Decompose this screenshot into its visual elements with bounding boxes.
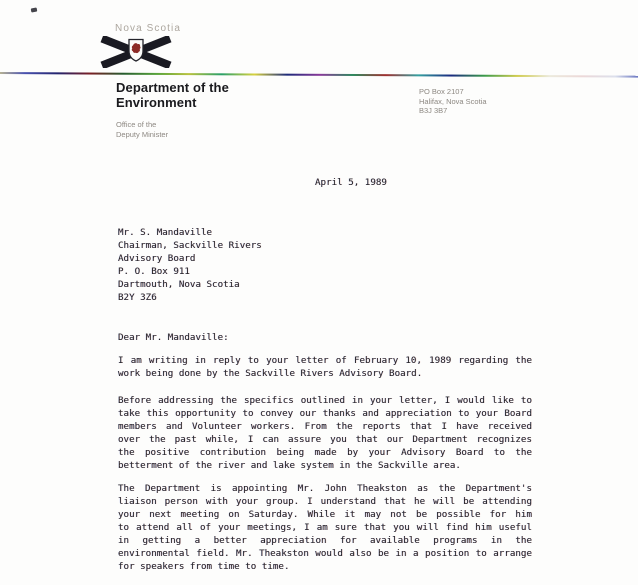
nova-scotia-flag-icon — [99, 36, 173, 68]
letter-body-line: environmental field. Mr. Theakston would… — [118, 547, 532, 560]
recipient-address-line: P. O. Box 911 — [118, 265, 262, 278]
office-subtitle: Office of the Deputy Minister — [116, 120, 168, 139]
paragraph-2: Before addressing the specifics outlined… — [118, 394, 532, 472]
letter-body-line: work being done by the Sackville Rivers … — [118, 367, 532, 380]
recipient-address-line: Mr. S. Mandaville — [118, 226, 262, 239]
letter-body-line: to attend all of your meetings, I am sur… — [118, 521, 532, 534]
department-title-line: Environment — [116, 96, 229, 111]
letter-date: April 5, 1989 — [315, 176, 387, 189]
scanned-letter-page: Nova Scotia Department of the Environmen… — [0, 0, 638, 585]
headquarters-address-line: B3J 3B7 — [419, 106, 487, 116]
paragraph-1: I am writing in reply to your letter of … — [118, 354, 532, 380]
headquarters-address: PO Box 2107 Halifax, Nova Scotia B3J 3B7 — [419, 87, 487, 116]
salutation: Dear Mr. Mandaville: — [118, 331, 229, 344]
recipient-address-line: B2Y 3Z6 — [118, 291, 262, 304]
letter-body-line: Before addressing the specifics outlined… — [118, 394, 532, 407]
headquarters-address-line: PO Box 2107 — [419, 87, 487, 97]
letter-body-line: liaison person with your group. I unders… — [118, 495, 532, 508]
nova-scotia-wordmark: Nova Scotia — [115, 23, 181, 34]
letter-body-line: the positive contribution being made by … — [118, 446, 532, 459]
letter-body-line: members and Volunteer workers. From the … — [118, 420, 532, 433]
letter-body-line: in getting a better appreciation for ava… — [118, 534, 532, 547]
recipient-address-line: Chairman, Sackville Rivers — [118, 239, 262, 252]
letter-body-line: take this opportunity to convey our than… — [118, 407, 532, 420]
headquarters-address-line: Halifax, Nova Scotia — [419, 97, 487, 107]
letter-body-line: your next meeting on Saturday. While it … — [118, 508, 532, 521]
letter-body-line: The Department is appointing Mr. John Th… — [118, 482, 532, 495]
letter-body-line: I am writing in reply to your letter of … — [118, 354, 532, 367]
office-subtitle-line: Office of the — [116, 120, 168, 130]
letter-body-line: over the past while, I can assure you th… — [118, 433, 532, 446]
rainbow-accent-line — [0, 72, 638, 78]
scan-artifact-speck — [31, 8, 38, 13]
paragraph-3: The Department is appointing Mr. John Th… — [118, 482, 532, 573]
recipient-address-line: Dartmouth, Nova Scotia — [118, 278, 262, 291]
letter-body-line: for speakers from time to time. — [118, 560, 532, 573]
department-title: Department of the Environment — [116, 81, 229, 110]
recipient-address-line: Advisory Board — [118, 252, 262, 265]
office-subtitle-line: Deputy Minister — [116, 130, 168, 140]
recipient-address-block: Mr. S. Mandaville Chairman, Sackville Ri… — [118, 226, 262, 304]
letter-body-line: betterment of the river and lake system … — [118, 459, 532, 472]
department-title-line: Department of the — [116, 81, 229, 96]
